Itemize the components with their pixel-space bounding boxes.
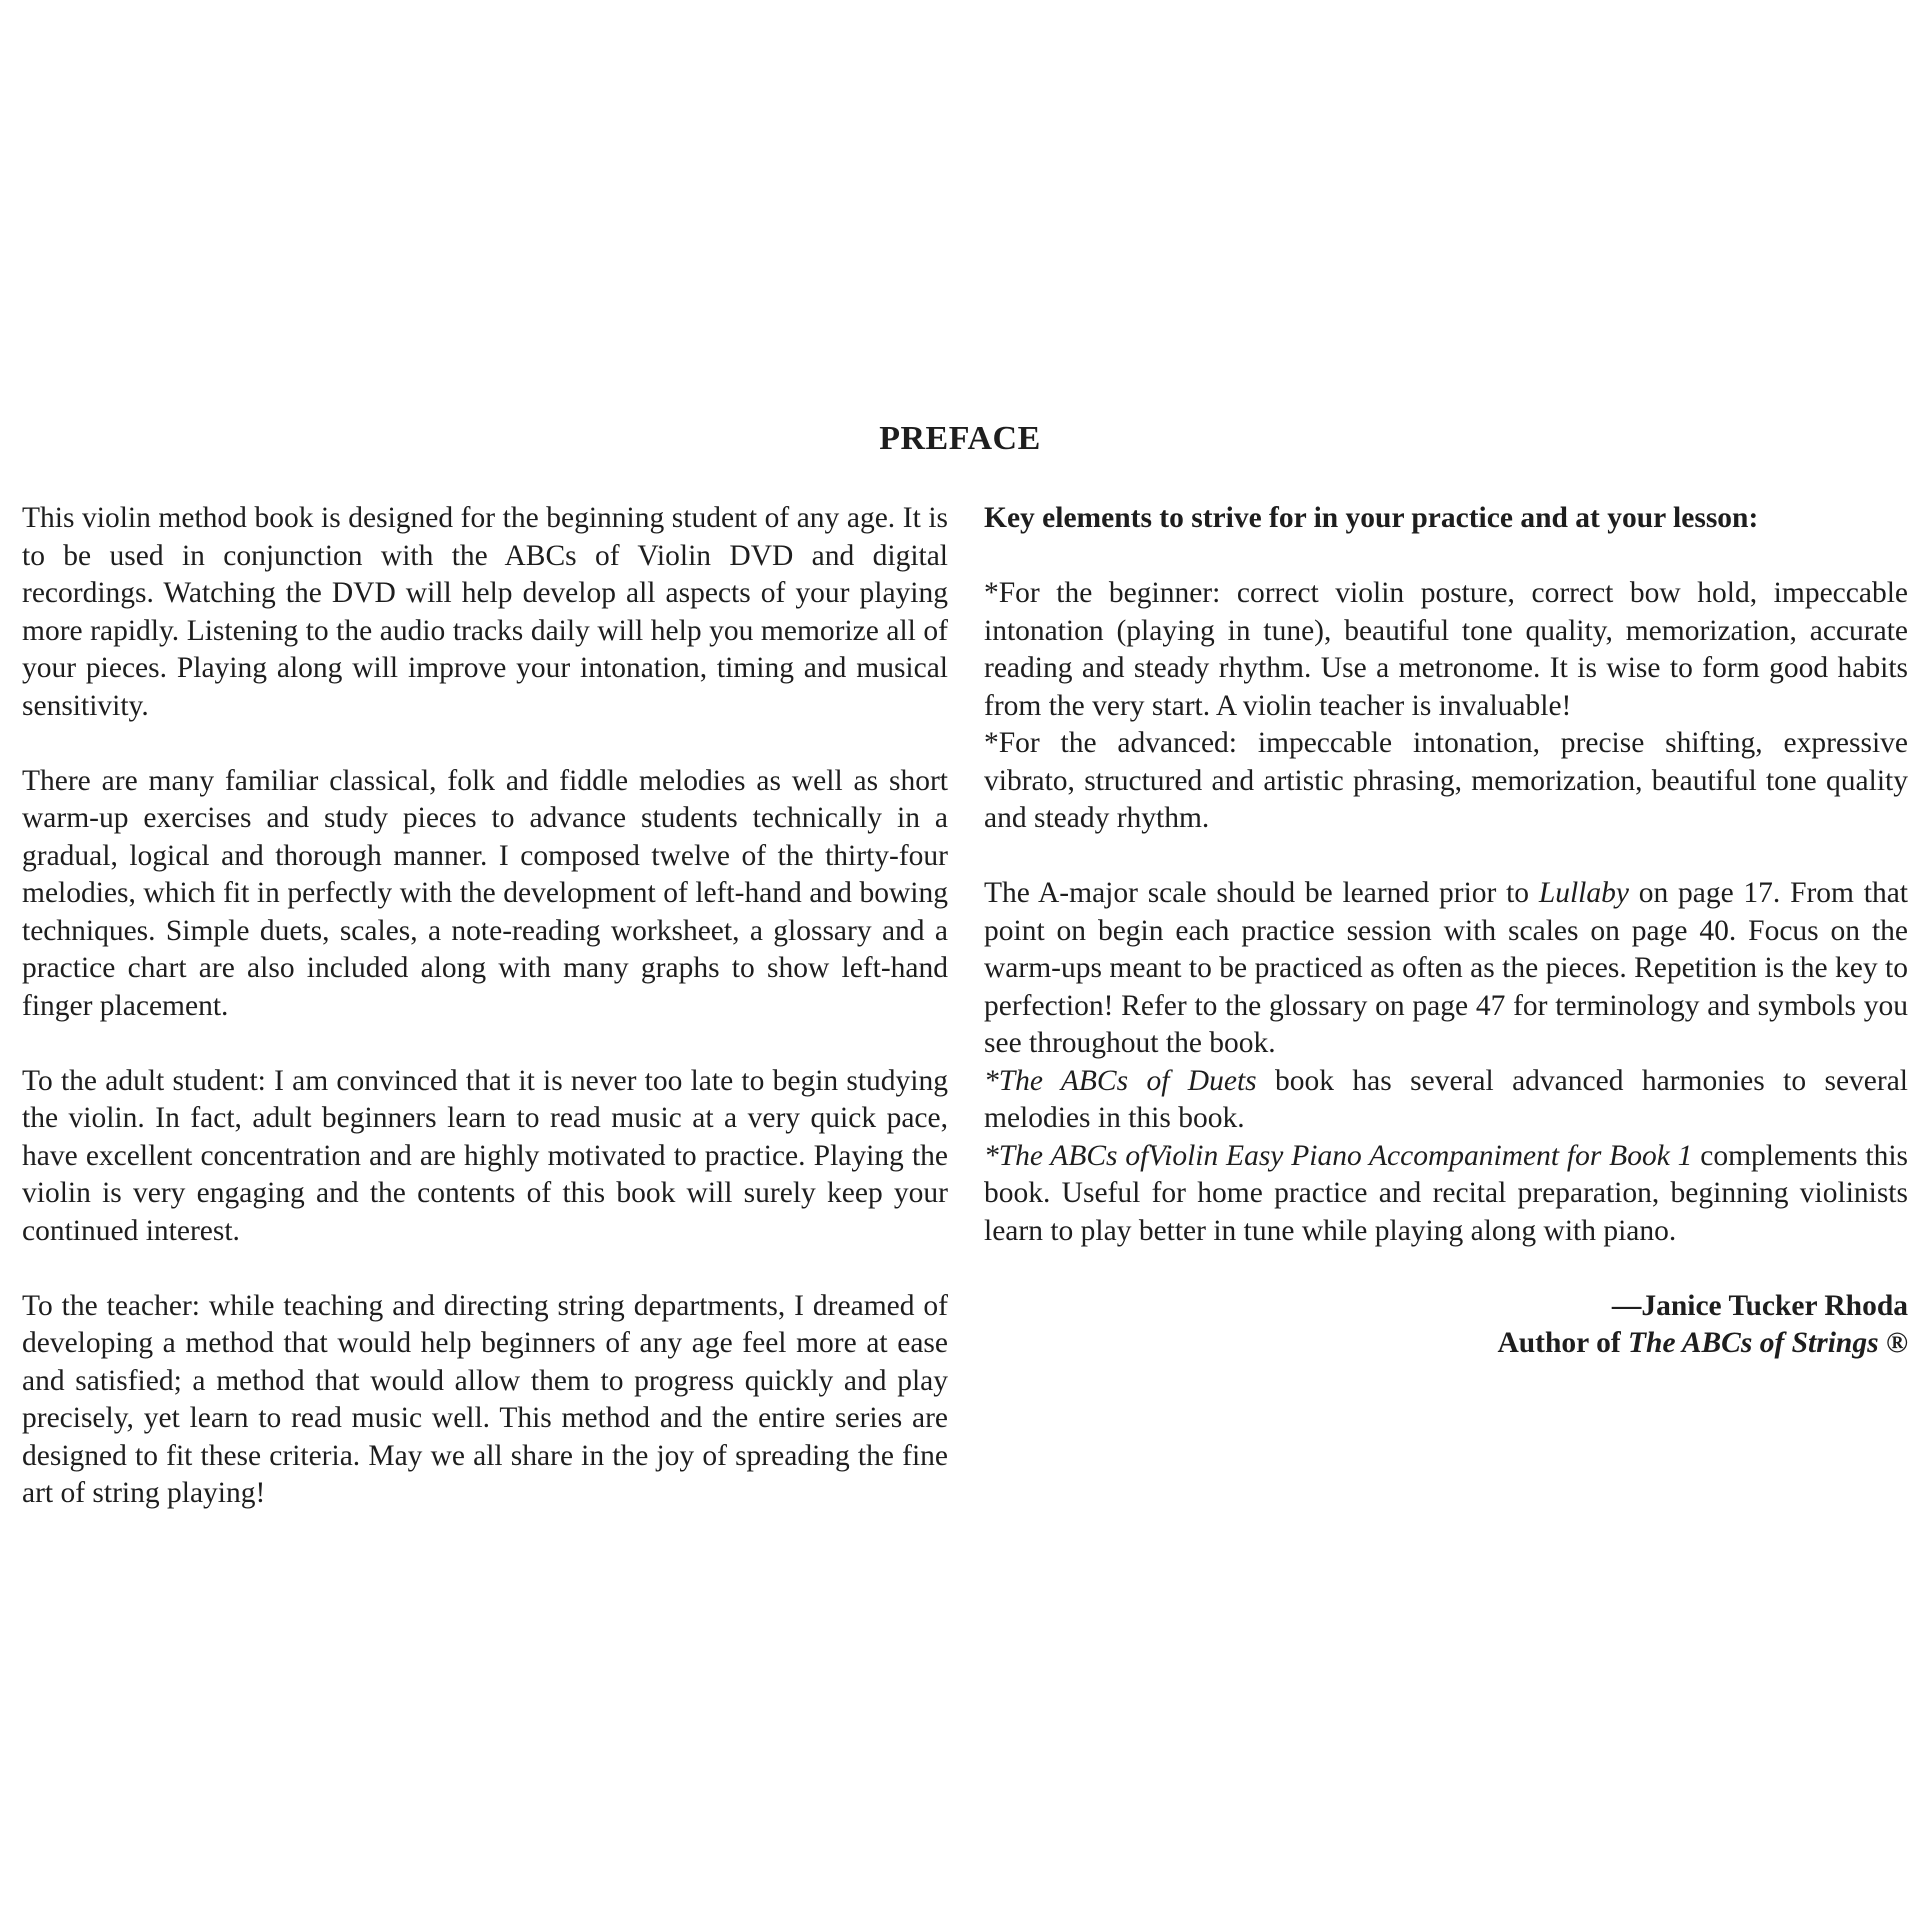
page-title: PREFACE	[0, 420, 1920, 458]
adult-student-paragraph: To the adult student: I am convinced tha…	[22, 1063, 948, 1251]
key-elements-heading: Key elements to strive for in your pract…	[984, 500, 1908, 538]
duets-book-title: *The ABCs of Duets	[984, 1065, 1257, 1097]
registered-mark: ®	[1879, 1327, 1908, 1359]
right-column: Key elements to strive for in your pract…	[984, 500, 1908, 1363]
intro-paragraph: This violin method book is designed for …	[22, 500, 948, 725]
teacher-paragraph: To the teacher: while teaching and direc…	[22, 1288, 948, 1513]
melodies-paragraph: There are many familiar classical, folk …	[22, 763, 948, 1026]
scale-paragraph: The A-major scale should be learned prio…	[984, 875, 1908, 1063]
author-name: —Janice Tucker Rhoda	[984, 1288, 1908, 1326]
lullaby-title: Lullaby	[1539, 877, 1629, 909]
series-title: The ABCs of Strings	[1628, 1327, 1879, 1359]
duets-paragraph: *The ABCs of Duets book has several adva…	[984, 1063, 1908, 1138]
signature: —Janice Tucker Rhoda Author of The ABCs …	[984, 1288, 1908, 1363]
piano-book-title: *The ABCs ofViolin Easy Piano Accompanim…	[984, 1140, 1692, 1172]
beginner-paragraph: *For the beginner: correct violin postur…	[984, 575, 1908, 725]
author-credit: Author of The ABCs of Strings ®	[984, 1325, 1908, 1363]
scale-text: The A-major scale should be learned prio…	[984, 877, 1539, 909]
left-column: This violin method book is designed for …	[22, 500, 948, 1513]
advanced-paragraph: *For the advanced: impeccable intonation…	[984, 725, 1908, 838]
piano-paragraph: *The ABCs ofViolin Easy Piano Accompanim…	[984, 1138, 1908, 1251]
author-credit-prefix: Author of	[1497, 1327, 1628, 1359]
